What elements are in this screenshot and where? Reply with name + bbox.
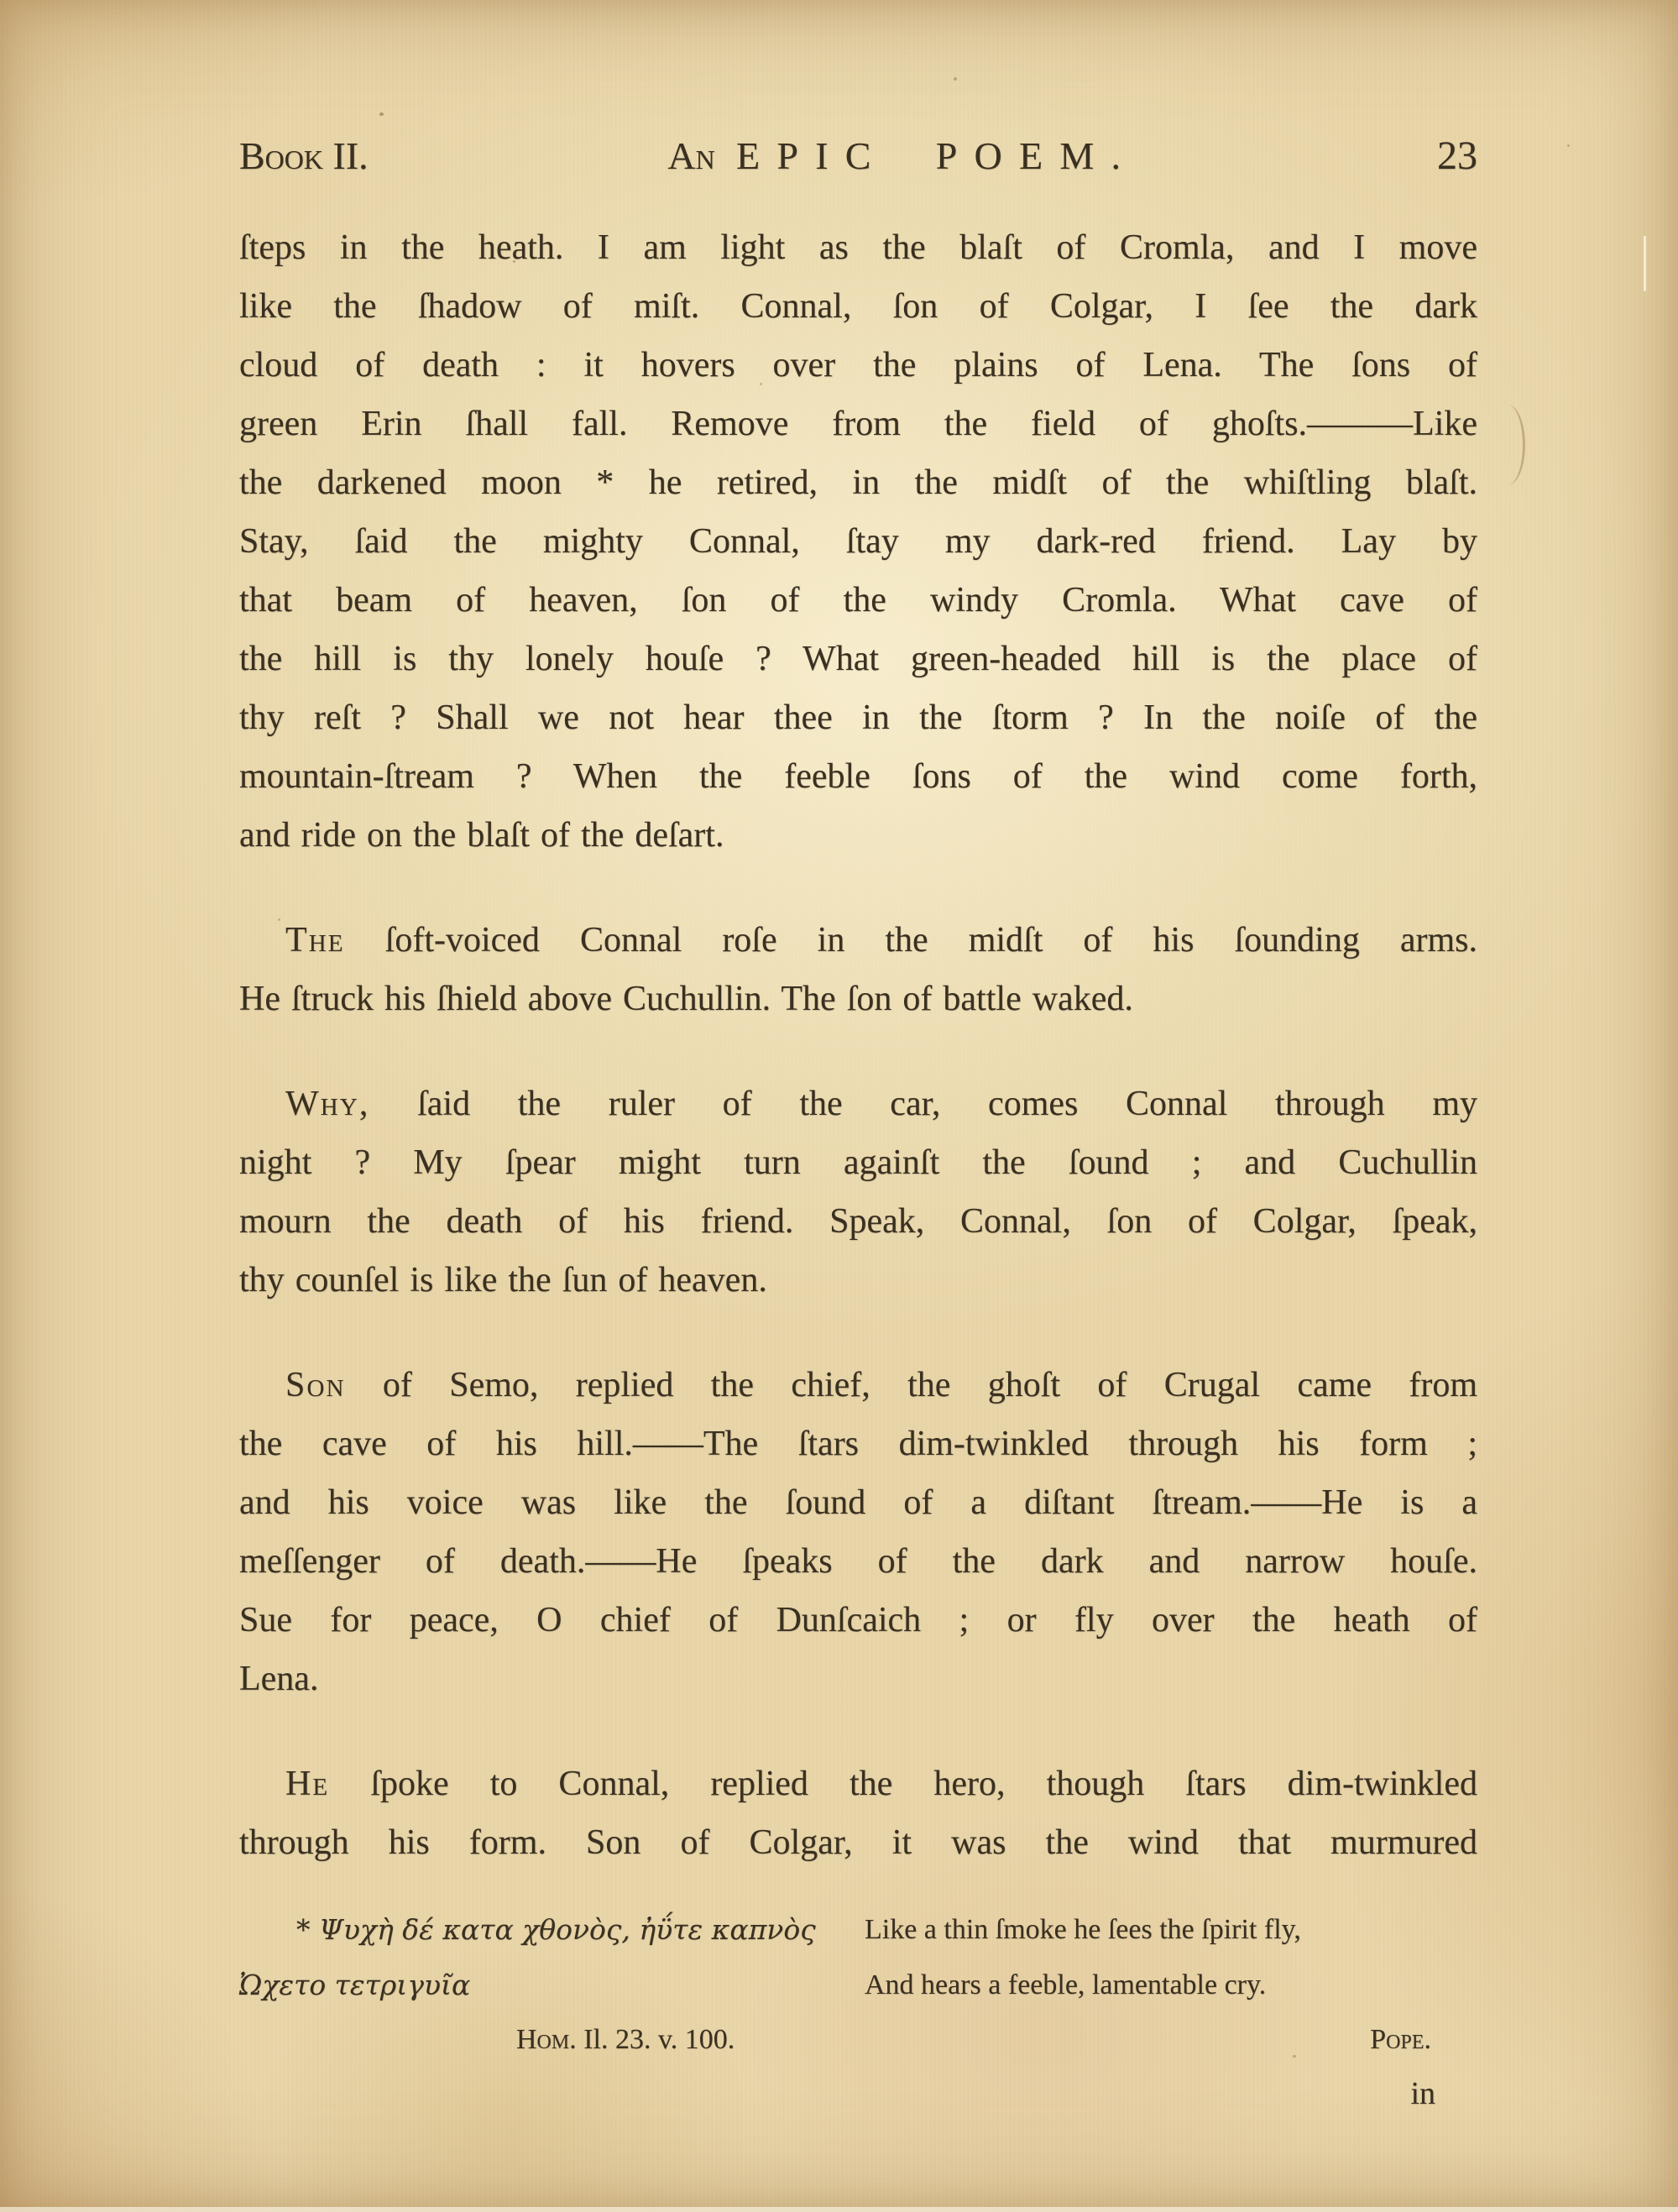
paragraph: Son of Semo, replied the chief, the ghoſ…: [239, 1356, 1477, 1708]
citation: Hom. Il. 23. v. 100.: [516, 2016, 734, 2063]
text-line: the darkened moon * he retired, in the m…: [239, 453, 1477, 512]
text-line: He ſpoke to Connal, replied the hero, th…: [239, 1754, 1477, 1813]
text-line: and his voice was like the ſound of a di…: [239, 1473, 1477, 1532]
text-line: that beam of heaven, ſon of the windy Cr…: [239, 571, 1477, 630]
book-label: Book II.: [239, 134, 369, 178]
footnote-greek-text: * Ψυχὴ δέ κατα χθονὸς, ἠΰτε καπνὸς: [239, 1902, 865, 1958]
footnote-rows: * Ψυχὴ δέ κατα χθονὸς, ἠΰτε καπνὸςLike a…: [239, 1902, 1477, 2013]
text-line: the hill is thy lonely houſe ? What gree…: [239, 630, 1477, 688]
text-line: thy counſel is like the ſun of heaven.: [239, 1251, 1477, 1310]
text-line: ſteps in the heath. I am light as the bl…: [239, 218, 1477, 277]
footnote: * Ψυχὴ δέ κατα χθονὸς, ἠΰτε καπνὸςLike a…: [239, 1902, 1477, 2063]
page-title-main: EPIC POEM.: [736, 134, 1137, 177]
footnote-citation-row: Hom. Il. 23. v. 100. Pope.: [239, 2016, 1477, 2063]
citation-author: Hom.: [516, 2024, 577, 2055]
catchword: in: [239, 2070, 1477, 2117]
text-line: Lena.: [239, 1650, 1477, 1708]
text-line: Sue for peace, O chief of Dunſcaich ; or…: [239, 1591, 1477, 1650]
text-line: Son of Semo, replied the chief, the ghoſ…: [239, 1356, 1477, 1415]
text-line: mountain-ſtream ? When the feeble ſons o…: [239, 747, 1477, 806]
paper-crease: [1644, 236, 1646, 291]
footnote-row: * Ψυχὴ δέ κατα χθονὸς, ἠΰτε καπνὸςLike a…: [239, 1902, 1477, 1958]
paragraph-lead-smallcaps: The: [285, 921, 345, 960]
text-line: and ride on the blaſt of the deſart.: [239, 806, 1477, 865]
running-header: Book II. AnEPIC POEM. 23: [239, 134, 1477, 178]
text-line: night ? My ſpear might turn againſt the …: [239, 1133, 1477, 1192]
text-line: Why, ſaid the ruler of the car, comes Co…: [239, 1075, 1477, 1133]
text-line: green Erin ſhall fall. Remove from the f…: [239, 395, 1477, 453]
text-line: like the ſhadow of miſt. Connal, ſon of …: [239, 277, 1477, 336]
page-bottom-edge: [0, 2207, 1678, 2212]
text-line: Stay, ſaid the mighty Connal, ſtay my da…: [239, 512, 1477, 571]
text-line: He ſtruck his ſhield above Cuchullin. Th…: [239, 970, 1477, 1028]
text-line: cloud of death : it hovers over the plai…: [239, 336, 1477, 395]
book-page: Book II. AnEPIC POEM. 23 ſteps in the he…: [0, 0, 1678, 2212]
text-line: The ſoft-voiced Connal roſe in the midſt…: [239, 911, 1477, 970]
page-content: Book II. AnEPIC POEM. 23 ſteps in the he…: [239, 134, 1477, 2117]
attribution: Pope.: [1370, 2016, 1431, 2063]
text-line: meſſenger of death.——He ſpeaks of the da…: [239, 1532, 1477, 1591]
paragraph: Why, ſaid the ruler of the car, comes Co…: [239, 1075, 1477, 1310]
text-line: through his form. Son of Colgar, it was …: [239, 1813, 1477, 1872]
paper-speck: [379, 112, 384, 116]
paragraph-lead-smallcaps: Son: [285, 1366, 346, 1404]
footnote-greek-text: Ὠχετο τετριγυῖα: [239, 1958, 865, 2013]
text-line: thy reſt ? Shall we not hear thee in the…: [239, 688, 1477, 747]
footnote-english-text: Like a thin ſmoke he ſees the ſpirit fly…: [865, 1902, 1477, 1958]
text-line: the cave of his hill.——The ſtars dim-twi…: [239, 1415, 1477, 1473]
paper-speck: [954, 77, 957, 81]
paper-speck: [1567, 144, 1570, 147]
footnote-row: Ὠχετο τετριγυῖαAnd hears a feeble, lamen…: [239, 1958, 1477, 2013]
footnote-english-text: And hears a feeble, lamentable cry.: [865, 1958, 1477, 2013]
paragraph: The ſoft-voiced Connal roſe in the midſt…: [239, 911, 1477, 1028]
paragraphs: ſteps in the heath. I am light as the bl…: [239, 218, 1477, 1872]
page-title-an: An: [667, 134, 714, 177]
paragraph: He ſpoke to Connal, replied the hero, th…: [239, 1754, 1477, 1872]
paragraph: ſteps in the heath. I am light as the bl…: [239, 218, 1477, 865]
text-line: mourn the death of his friend. Speak, Co…: [239, 1192, 1477, 1251]
page-title: AnEPIC POEM.: [667, 134, 1137, 178]
citation-reference: Il. 23. v. 100.: [577, 2024, 735, 2055]
paragraph-lead-smallcaps: Why,: [285, 1085, 369, 1123]
page-number: 23: [1437, 134, 1477, 178]
margin-pen-mark: [1496, 405, 1525, 485]
paragraph-lead-smallcaps: He: [285, 1765, 329, 1803]
